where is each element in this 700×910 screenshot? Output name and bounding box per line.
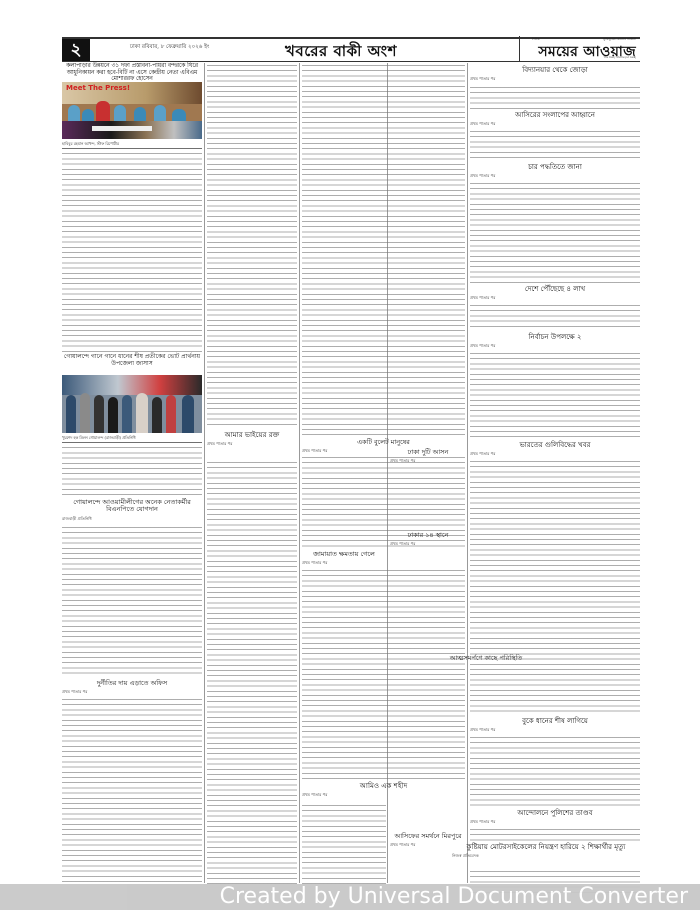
article-body-text bbox=[470, 737, 640, 807]
article-body-text bbox=[207, 65, 297, 427]
article-body-text bbox=[62, 442, 202, 496]
byline: প্রথম পাতার পর bbox=[390, 458, 466, 465]
headline: আসিরের সংলাপের আহ্বানে bbox=[470, 111, 640, 119]
article-gunfire: ভারতের গুলিবিদ্ধের খবর প্রথম পাতার পর bbox=[470, 441, 640, 460]
headline: কুষ্টিয়ায় মোটরসাইকেলের নিয়ন্ত্রণ হারি… bbox=[452, 843, 640, 851]
byline: প্রথম পাতার পর bbox=[62, 689, 202, 696]
article-goalanda-paddy: গোয়ালন্দে গানে গানে ধানের শীষ প্রতীকের … bbox=[62, 354, 202, 368]
byline: প্রথম পাতার পর bbox=[390, 541, 466, 548]
masthead-name: সময়ের আওয়াজ bbox=[538, 40, 636, 64]
headline: বুকে ধানের শীষ লাগিয়ে bbox=[470, 717, 640, 725]
byline: প্রথম পাতার পর bbox=[207, 441, 297, 448]
headline: গোয়ালন্দে গানে গানে ধানের শীষ প্রতীকের … bbox=[62, 354, 202, 368]
article-body-text bbox=[62, 148, 202, 352]
section-banner: খবরের বাকী অংশ bbox=[285, 40, 397, 65]
masthead: দৈনিক মুক্তিযুদ্ধের চেতনায় অবিচল সময়ের… bbox=[519, 36, 638, 62]
headline: আসিফের সমর্থনে মিরপুরে bbox=[390, 833, 466, 840]
headline: গোয়ালন্দে আওয়ামীলীগের অনেক নেতাকর্মীর … bbox=[62, 499, 202, 514]
newspaper-page: ২ ঢাকা রবিবার, ৮ ফেব্রুয়ারি ২০২৬ ইং খবর… bbox=[62, 37, 640, 897]
headline: আন্দোলনে পুলিশের তাণ্ডব bbox=[470, 809, 640, 817]
byline: প্রথম পাতার পর bbox=[470, 819, 640, 826]
article-call-dialogue: আসিরের সংলাপের আহ্বানে প্রথম পাতার পর bbox=[470, 111, 640, 130]
headline: দুর্নীতির দায় এড়াতে অফিস bbox=[62, 680, 202, 687]
byline: প্রথম পাতার পর bbox=[470, 76, 640, 83]
goalanda-photo bbox=[62, 375, 202, 433]
article-body-text bbox=[302, 570, 465, 780]
headline: ভারতের গুলিবিদ্ধের খবর bbox=[470, 441, 640, 449]
headline: জামায়াত ক্ষমতায় গেলে bbox=[302, 551, 386, 558]
byline: প্রথম পাতার পর bbox=[470, 173, 640, 180]
headline: একটি বুলেট মানুষের bbox=[302, 439, 465, 446]
lead-photo: Meet The Press! bbox=[62, 82, 202, 139]
byline: প্রথম পাতার পর bbox=[470, 451, 640, 458]
byline: নিজস্ব প্রতিবেদক bbox=[452, 853, 640, 860]
article-body-text bbox=[207, 462, 297, 884]
article-four-lakh: দেশে পৌঁছেছে ৪ লাখ প্রথম পাতার পর bbox=[470, 285, 640, 304]
article-paddy-chest: বুকে ধানের শীষ লাগিয়ে প্রথম পাতার পর bbox=[470, 717, 640, 736]
article-body-text bbox=[470, 829, 640, 843]
article-body-text bbox=[62, 699, 202, 884]
article-body-text bbox=[470, 131, 640, 161]
article-body-text bbox=[470, 305, 640, 331]
article-election-2: নির্বাচন উপলক্ষে ২ প্রথম পাতার পর bbox=[470, 333, 640, 352]
article-body-text bbox=[470, 183, 640, 283]
headline: আমিও এক শহীদ bbox=[302, 782, 465, 790]
page-number: ২ bbox=[62, 39, 90, 61]
byline: প্রথম পাতার পর bbox=[470, 727, 640, 734]
article-dhaka-two: ঢাকা দুটি আসন প্রথম পাতার পর bbox=[390, 449, 466, 467]
article-police-rampage: আন্দোলনে পুলিশের তাণ্ডব প্রথম পাতার পর bbox=[470, 809, 640, 828]
article-hydrant: বিদ্যানয়ার থেকে জোড়া প্রথম পাতার পর bbox=[470, 66, 640, 85]
masthead-english: The Daily Shomoyer Awaj bbox=[603, 56, 636, 59]
headline: ঢাকার ১৪ স্থানে bbox=[390, 532, 466, 539]
article-body-text bbox=[470, 87, 640, 109]
column-divider bbox=[299, 63, 300, 883]
article-goalanda-bnp: গোয়ালন্দে আওয়ামীলীগের অনেক নেতাকর্মীর … bbox=[62, 499, 202, 525]
headline: নির্বাচন উপলক্ষে ২ bbox=[470, 333, 640, 341]
article-kushtia: কুষ্টিয়ায় মোটরসাইকেলের নিয়ন্ত্রণ হারি… bbox=[452, 843, 640, 862]
article-body-text bbox=[470, 353, 640, 439]
byline: প্রথম পাতার পর bbox=[470, 295, 640, 302]
article-corruption: দুর্নীতির দায় এড়াতে অফিস প্রথম পাতার প… bbox=[62, 680, 202, 698]
article-body-text bbox=[302, 805, 386, 885]
photo-banner-text: Meet The Press! bbox=[66, 84, 130, 92]
headline: বিদ্যানয়ার থেকে জোড়া bbox=[470, 66, 640, 74]
headline: আমার ভাইয়ের রক্ত bbox=[207, 431, 297, 439]
headline: চার পদ্ধতিতে জানা bbox=[470, 163, 640, 171]
article-body-text bbox=[62, 527, 202, 677]
byline: প্রথম পাতার পর bbox=[302, 560, 386, 567]
column-divider bbox=[204, 63, 205, 883]
article-four-methods: চার পদ্ধতিতে জানা প্রথম পাতার পর bbox=[470, 163, 640, 182]
headline: কলাপাড়ার উন্নয়নে ৩১ দফা প্রস্তাবনা-পায… bbox=[62, 63, 202, 83]
headline: ঢাকা দুটি আসন bbox=[390, 449, 466, 456]
article-body-text bbox=[302, 65, 465, 437]
column-divider bbox=[467, 63, 468, 883]
article-lead: কলাপাড়ার উন্নয়নে ৩১ দফা প্রস্তাবনা-পায… bbox=[62, 63, 202, 83]
article-body-text bbox=[470, 461, 640, 716]
page-header-bar: ২ ঢাকা রবিবার, ৮ ফেব্রুয়ারি ২০২৬ ইং খবর… bbox=[62, 37, 640, 62]
dateline: ঢাকা রবিবার, ৮ ফেব্রুয়ারি ২০২৬ ইং bbox=[130, 44, 209, 52]
byline: প্রথম পাতার পর bbox=[302, 792, 465, 799]
byline: প্রথম পাতার পর bbox=[470, 121, 640, 128]
article-brother-blood: আমার ভাইয়ের রক্ত প্রথম পাতার পর bbox=[207, 431, 297, 450]
byline: প্রথম পাতার পর bbox=[470, 343, 640, 350]
byline: রাজবাড়ী প্রতিনিধি bbox=[62, 516, 202, 523]
headline: দেশে পৌঁছেছে ৪ লাখ bbox=[470, 285, 640, 293]
article-power-gone: জামায়াত ক্ষমতায় গেলে প্রথম পাতার পর bbox=[302, 551, 386, 569]
converter-watermark: Created by Universal Document Converter bbox=[0, 884, 700, 910]
article-martyr: আমিও এক শহীদ প্রথম পাতার পর bbox=[302, 782, 465, 801]
article-dhaka-14: ঢাকার ১৪ স্থানে প্রথম পাতার পর bbox=[390, 532, 466, 550]
